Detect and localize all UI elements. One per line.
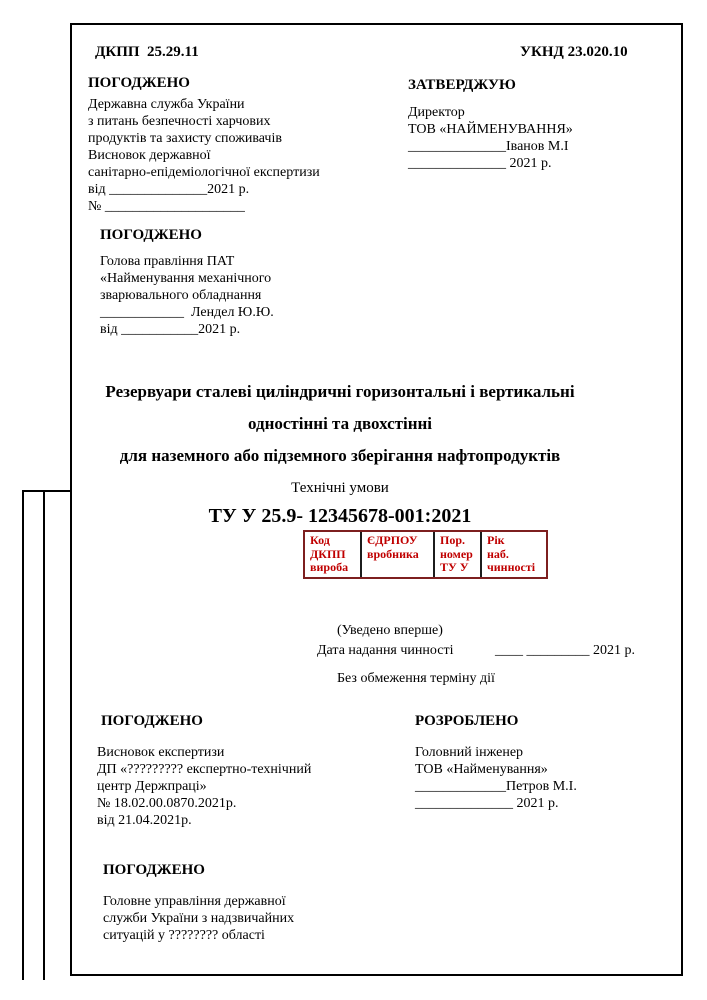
code-table-cell-year: Рік наб. чинності [480,532,546,577]
validity-no-limit: Без обмеження терміну дії [337,670,495,687]
code-table-cell-tu-number: Пор. номер ТУ У [433,532,480,577]
approval-2-line: Голова правління ПАТ [100,253,274,270]
approval-1-line: санітарно-епідеміологічної експертизи [88,164,320,181]
approval-block-2: ПОГОДЖЕНО Голова правління ПАТ «Найменув… [100,227,274,338]
approval-4-line: Головне управління державної [103,893,294,910]
approval-4-line: ситуацій у ???????? області [103,927,294,944]
approve-right-heading: ЗАТВЕРДЖУЮ [408,77,573,94]
document-title-line3: для наземного або підземного зберігання … [70,446,610,466]
approval-2-line: зварювального обладнання [100,287,274,304]
approve-right-date-line: ______________ 2021 р. [408,155,573,172]
dkpp-code: ДКПП 25.29.11 [95,44,199,61]
document-title-line1: Резервуари сталеві циліндричні горизонта… [70,382,610,402]
developed-block: РОЗРОБЛЕНО Головний інженер ТОВ «Наймену… [415,713,577,812]
approval-2-signature-line: ____________ Лендел Ю.Ю. [100,304,274,321]
approval-block-1: ПОГОДЖЕНО Державна служба України з пита… [88,75,320,215]
approval-1-date-line: від ______________2021 р. [88,181,320,198]
approve-right-line: Директор [408,104,573,121]
approval-3-line: центр Держпраці» [97,778,311,795]
developed-signature-line: _____________Петров М.І. [415,778,577,795]
approval-1-line: з питань безпечності харчових [88,113,320,130]
developed-date-line: ______________ 2021 р. [415,795,577,812]
approval-1-line: продуктів та захисту споживачів [88,130,320,147]
binding-box-top-line [22,490,72,492]
validity-date-value: ____ _________ 2021 р. [495,642,635,659]
approval-2-line: «Найменування механічного [100,270,274,287]
code-table: Код ДКПП вироба ЄДРПОУ вробника Пор. ном… [303,530,548,579]
approval-3-line: Висновок експертизи [97,744,311,761]
approval-4-heading: ПОГОДЖЕНО [103,862,294,879]
document-subtitle: Технічні умови [70,480,610,497]
approval-3-heading: ПОГОДЖЕНО [97,713,311,730]
approve-right-block: ЗАТВЕРДЖУЮ Директор ТОВ «НАЙМЕНУВАННЯ» _… [408,77,573,172]
validity-date-label: Дата надання чинності [317,642,453,659]
developed-line: Головний інженер [415,744,577,761]
approval-1-heading: ПОГОДЖЕНО [88,75,320,92]
approve-right-line: ТОВ «НАЙМЕНУВАННЯ» [408,121,573,138]
code-table-cell-edrpou: ЄДРПОУ вробника [360,532,433,577]
document-page: ДКПП 25.29.11 УКНД 23.020.10 ПОГОДЖЕНО Д… [0,0,707,1000]
introduced-first-time: (Уведено вперше) [337,622,443,639]
approval-1-line: Державна служба України [88,96,320,113]
tu-designation: ТУ У 25.9- 12345678-001:2021 [70,505,610,528]
approval-block-4: ПОГОДЖЕНО Головне управління державної с… [103,862,294,944]
approval-block-3: ПОГОДЖЕНО Висновок експертизи ДП «??????… [97,713,311,829]
approval-2-date-line: від ___________2021 р. [100,321,274,338]
developed-heading: РОЗРОБЛЕНО [415,713,577,730]
approval-3-expertise-number: № 18.02.00.0870.2021р. [97,795,311,812]
uknd-code: УКНД 23.020.10 [520,44,628,61]
approval-3-line: ДП «????????? експертно-технічний [97,761,311,778]
binding-box-outer-line [22,490,24,980]
approval-1-line: Висновок державної [88,147,320,164]
approval-3-date-line: від 21.04.2021р. [97,812,311,829]
document-title-line2: одностінні та двохстінні [70,414,610,434]
code-table-cell-dkpp: Код ДКПП вироба [305,532,360,577]
approval-4-line: служби України з надзвичайних [103,910,294,927]
approval-2-heading: ПОГОДЖЕНО [100,227,274,244]
developed-line: ТОВ «Найменування» [415,761,577,778]
approval-1-number-line: № ____________________ [88,198,320,215]
binding-box-inner-line [43,490,45,980]
approve-right-signature-line: ______________Іванов М.І [408,138,573,155]
